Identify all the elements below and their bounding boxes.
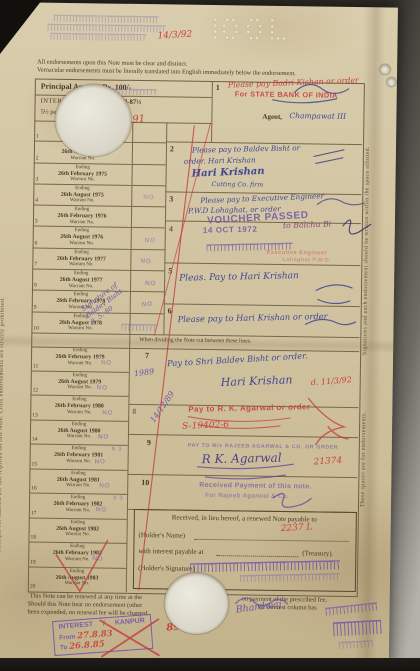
punch-hole-bottom [164,572,229,634]
handwritten-date-top: 14/3/92 [157,30,192,42]
warrant-no-label: Warrant No. [29,507,127,514]
endorsement-2-subname: Cutting Co. firm [211,181,263,189]
section-10-number: 10 [141,478,149,487]
section-9-number: 9 [147,438,151,447]
hindi-office-stamp-2 [333,620,382,637]
notice-line-2: Vernacular endorsements must be literall… [37,67,296,78]
no-warrant-stamp: NO [101,359,112,366]
section-2-number: 2 [170,144,174,153]
red-number: 21374 [313,456,342,468]
no-warrant-stamp: NO [142,301,153,309]
warrant-row: Ending 26th August 1976 Warrant No. 6 [33,226,131,249]
endorsement-4-handwriting: to Balchu Bi [283,219,332,230]
row-number: 3 [35,176,38,182]
warrant-no-label: Warrant No. [30,458,128,465]
no-warrant-stamp: NO [99,482,110,489]
row-number: 9 [34,304,37,310]
background-bottom-strip [0,658,420,671]
no-warrant-stamp: NO [140,258,152,266]
warrant-no-label: Warrant No. [28,556,126,563]
warrant-table-lower: Ending 26th February 1979 Warrant No. 11… [28,346,129,591]
punch-hole-small-2 [387,77,396,86]
photo-stage: 14/3/92 All endorsements upon this Note … [0,0,420,671]
warrant-row: Ending 26th February 1980 Warrant No. 13 [30,394,128,420]
kanpur-label: KANPUR [115,617,145,626]
no-warrant-digits: 9 3 [112,447,122,453]
for-rajeeb-agarwal-stamp: For Rajeeb Agarwal & Co. [205,492,289,500]
section-8-number: 8 [132,407,136,416]
punch-hole-small-1 [380,64,390,74]
agent-label: Agent, [262,113,282,121]
warrant-row: Ending 26th August 1978 Warrant No. 10 [31,311,129,334]
row-number: 4 [35,198,38,204]
row-number: 5 [35,219,38,225]
hindi-stamp-fragment [121,324,157,332]
warrant-row: Ending 26th August 1980 Warrant No. 14 [30,419,128,445]
blank-cell [131,163,165,185]
interest-rate: 5½ pe [40,109,56,116]
warrant-no-label: Warrant No. [30,433,128,440]
blank-cell [132,142,166,164]
warrant-no-label: Warrant No. [31,384,129,391]
executive-engineer-faint-stamp: Executive Engineer [266,250,327,257]
row-number: 8 [34,283,37,289]
warrant-row: Ending 26th August 1979 Warrant No. 12 [31,370,129,396]
row-number: 7 [34,262,37,268]
warrant-row: Ending 26th August 1975 Warrant No. 4 [33,183,131,206]
renewal-red-annotation: 2237 L [280,522,312,534]
to-label: To [60,644,68,652]
row-number: 14 [32,437,38,443]
section-1-number: 1 [216,83,220,92]
interest-kanpur-stamp: INTEREST / KANPUR From 27.8.83 To 26.8.8… [52,614,153,656]
blank-cell [131,206,165,228]
interest-payable-label: with interest payable at [138,547,203,556]
row-number: 1 [36,134,39,140]
stamp-slash: / [103,620,105,627]
section-4-number: 4 [169,224,173,233]
section-7-number: 7 [145,351,149,360]
warrant-no-label: Warrant No. [29,482,127,489]
agarwal-signature: R K. Agarwal [202,451,282,467]
no-warrant-stamp: NO [145,237,156,244]
row-number: 19 [30,559,36,565]
section-5-number: 5 [168,266,172,275]
no-warrant-stamp: NO [143,194,154,201]
warrant-row: Ending 26th February 1983 Warrant No. 19 [28,541,126,567]
hindi-overprint-line [50,33,146,41]
punch-code-perforation [214,18,217,21]
row-number: 20 [30,584,36,590]
warrant-row: Ending 26th August 1981 Warrant No. 16 [29,468,127,494]
hindi-overprint-line [54,15,159,23]
section-6-number: 6 [168,306,172,315]
warrant-row: Ending 26th February 1979 Warrant No. 11 [31,346,129,371]
no-warrant-stamp: NO [98,433,109,440]
no-warrant-stamp: NO [92,555,104,563]
row-number: 12 [33,388,39,394]
holder-name-label: (Holder's Name) [139,531,186,540]
no-warrant-stamp: NO [96,506,107,513]
row-number: 13 [32,412,38,418]
section-3-number: 3 [169,194,173,203]
agent-place-handwriting: Champawat III [289,111,346,121]
to-date-handwriting: 26.8.85 [69,639,105,652]
row-number: 15 [32,461,38,467]
pwd-faint-stamp: Lohaghat P.W.D [282,257,329,264]
row-number: 18 [30,535,36,541]
row-number: 10 [33,325,39,331]
row-number: 11 [33,363,38,369]
row-number: 2 [36,155,39,161]
holder-signature-label: (Holder's Signature) [138,564,195,573]
warrant-row: Ending 26th February 1977 Warrant No. 7 [32,247,130,270]
hindi-overprint-line [48,24,166,33]
warrant-no-label: Warrant No. [31,360,129,367]
row-number: 6 [35,240,38,246]
no-warrant-stamp: NO [102,409,113,416]
warrant-no-label: Warrant No. [28,580,126,587]
endorsement-7-name: Hari Krishan [221,373,293,389]
row-number: 17 [31,510,37,516]
treasury-label: (Treasury). [302,549,333,557]
warrant-row: Ending 26th August 1982 Warrant No. 18 [28,517,126,543]
warrant-row: Ending 26th August 1983 Warrant No. 20 [28,566,126,592]
warrant-no-label: Warrant No. [29,531,127,538]
promissory-note-paper: 14/3/92 All endorsements upon this Note … [0,2,398,664]
no-warrant-digits: 9 3 [113,496,123,502]
warrant-row: Ending 26th February 1976 Warrant No. 5 [33,205,131,228]
endorsement-2-line2: order. Hari Krishan [184,155,256,166]
row-number: 16 [31,486,37,492]
red-serial-number: S-19402-6 [182,420,229,432]
red-handwritten-number: 91 [132,113,146,125]
interest-office-label: INTEREST [58,621,93,631]
warrant-no-label: Warrant No. [30,409,128,416]
warrant-row: Ending 26th February 1975 Warrant No. 3 [33,162,131,185]
state-bank-stamp: For STATE BANK OF INDIA [235,89,338,99]
no-warrant-stamp: NO [96,384,107,392]
date-stamp: 14 OCT 1972 [203,225,258,235]
from-label: From [59,634,76,642]
no-warrant-stamp: NO [94,458,105,466]
